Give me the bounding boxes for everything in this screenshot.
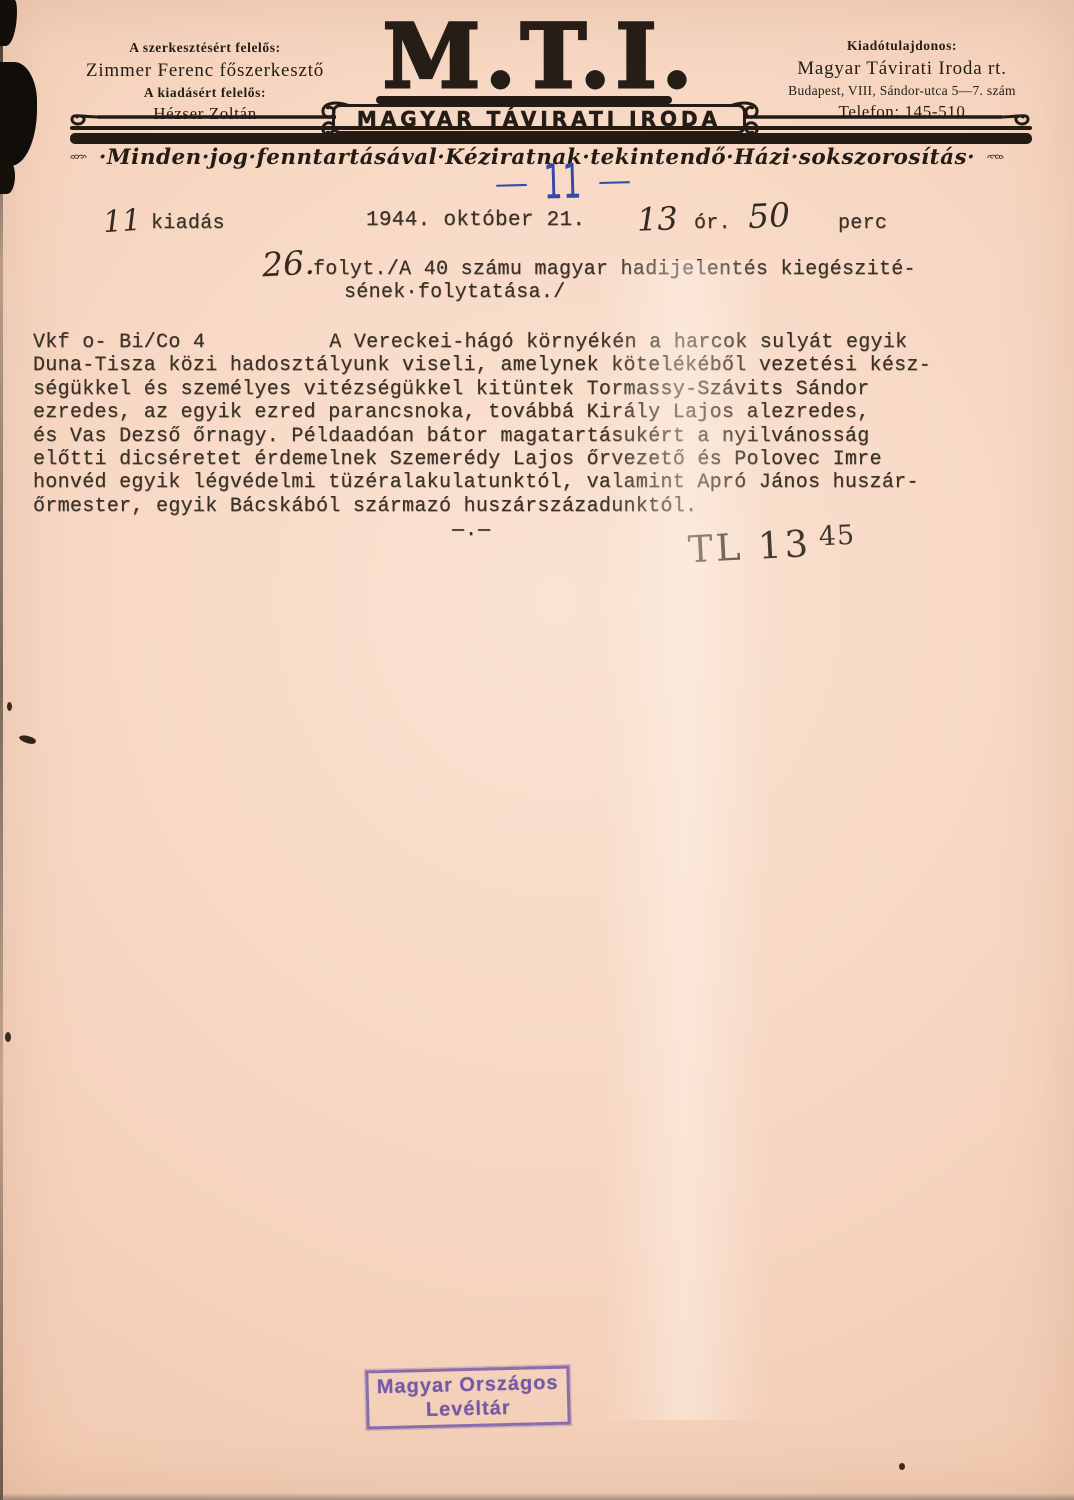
- tl-mark-sup: 45: [818, 520, 856, 553]
- body-line: ezredes, az egyik ezred parancsnoka, tov…: [33, 401, 963, 424]
- paper-speck: [899, 1463, 905, 1470]
- subtitle-line2: sének·folytatása./: [344, 281, 565, 304]
- paper-speck: [5, 1032, 11, 1042]
- owner-name: Magyar Távirati Iroda rt.: [750, 57, 1054, 81]
- minute-value: 50: [747, 195, 791, 236]
- body-line: ségükkel és személyes vitézségükkel kitü…: [33, 378, 963, 401]
- stamp-line1: Magyar Országos: [374, 1372, 561, 1400]
- scan-artifact-blob-left: [0, 62, 37, 166]
- hour-label: ór.: [694, 212, 731, 235]
- separator-line: [70, 126, 1032, 130]
- mti-logo-title: M.T.I.: [330, 12, 750, 100]
- editor-name: Zimmer Ferenc főszerkesztő: [82, 59, 328, 83]
- scan-artifact-blob-top: [0, 0, 17, 46]
- body-reference: Vkf o- Bi/Co 4: [33, 331, 205, 354]
- archive-stamp: Magyar Országos Levéltár: [365, 1366, 570, 1430]
- tl-mark-prefix: TL 13: [687, 522, 812, 571]
- handwritten-page-number: — 11 —: [497, 156, 628, 207]
- body-line: és Vas Dezső őrnagy. Példaadóan bátor ma…: [33, 425, 963, 448]
- ribbon-top-bar: [376, 96, 672, 104]
- date-text: 1944. október 21.: [366, 209, 585, 232]
- body-line: előtti dicséretet érdemelnek Szemerédy L…: [33, 448, 963, 471]
- tl-handwritten-mark: TL 13 45: [687, 520, 857, 572]
- motto-flourish-left-icon: [70, 144, 87, 170]
- subtitle-number: 26.: [261, 243, 315, 285]
- body-line-text: A Vereckei-hágó környékén a harcok sulyá…: [329, 331, 907, 354]
- owner-address: Budapest, VIII, Sándor-utca 5—7. szám: [750, 83, 1054, 100]
- end-mark: —.—: [452, 519, 491, 542]
- stamp-line2: Levéltár: [375, 1395, 562, 1423]
- edition-number: 11: [102, 203, 143, 241]
- ink-squiggle-mark: [18, 734, 36, 746]
- body-paragraph: Vkf o- Bi/Co 4A Vereckei-hágó környékén …: [33, 331, 963, 518]
- editor-role-label: A szerkesztésért felelős:: [82, 40, 328, 57]
- body-line: Vkf o- Bi/Co 4A Vereckei-hágó környékén …: [33, 331, 963, 354]
- scan-bottom-edge: [0, 1493, 1074, 1500]
- page-number-value: 11: [543, 158, 582, 207]
- body-line: őrmester, egyik Bácskából származó huszá…: [33, 495, 963, 518]
- publisher-role-label: A kiadásért felelős:: [82, 85, 328, 102]
- body-line: Duna-Tisza közi hadosztályunk viseli, am…: [33, 354, 963, 377]
- motto-flourish-right-icon: [987, 144, 1004, 170]
- minute-label: perc: [838, 212, 887, 235]
- paper-speck: [7, 702, 12, 711]
- page-number-dash: —: [599, 165, 630, 196]
- subtitle-line1: folyt./A 40 számu magyar hadijelentés ki…: [313, 258, 916, 281]
- edition-label: kiadás: [151, 212, 225, 235]
- owner-role-label: Kiadótulajdonos:: [750, 38, 1054, 55]
- scan-edge-shadow: [0, 0, 3, 1500]
- scan-artifact-blob-tail: [0, 160, 15, 194]
- document-page: A szerkesztésért felelős: Zimmer Ferenc …: [0, 0, 1074, 1500]
- body-line: honvéd egyik légvédelmi tüzéralakulatunk…: [33, 471, 963, 494]
- hour-value: 13: [636, 199, 678, 238]
- page-number-dash: —: [496, 168, 527, 199]
